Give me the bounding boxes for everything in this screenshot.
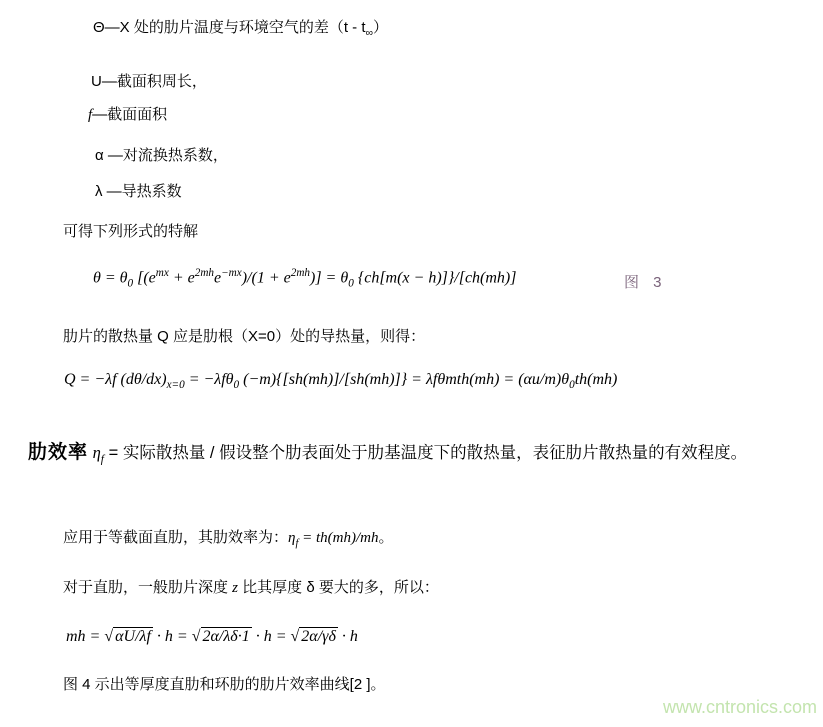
para-special-solution: 可得下列形式的特解	[63, 220, 198, 241]
formula-q: Q = −λf (dθ/dx)x=0 = −λfθ0 (−m){[sh(mh)]…	[64, 371, 617, 391]
para-straight-fin-efficiency: 应用于等截面直肋，其肋效率为：ηf = th(mh)/mh。	[63, 526, 394, 549]
formula-theta-solution: θ = θ0 [(emx + e2mhe−mx)/(1 + e2mh)] = θ…	[93, 267, 516, 290]
definition-theta: Θ—X 处的肋片温度与环境空气的差（t - t∞）	[93, 16, 388, 39]
para-heat-q: 肋片的散热量 Q 应是肋根（X=0）处的导热量，则得：	[63, 325, 425, 346]
para-figure4: 图 4 示出等厚度直肋和环肋的肋片效率曲线[2 ]。	[63, 673, 386, 694]
definition-lambda: λ —导热系数	[95, 180, 182, 201]
watermark-cntronics: www.cntronics.com	[663, 697, 817, 718]
definition-alpha: α —对流换热系数，	[95, 144, 228, 165]
figure3-label: 图 3	[624, 271, 667, 292]
para-straight-fin-depth: 对于直肋，一般肋片深度 z 比其厚度 δ 要大的多，所以：	[63, 576, 439, 597]
document-page: Θ—X 处的肋片温度与环境空气的差（t - t∞） U—截面积周长， f—截面面…	[0, 0, 823, 727]
formula-mh: mh = √αU/λf · h = √2α/λδ·1 · h = √2α/γδ …	[66, 628, 358, 646]
definition-f: f—截面面积	[88, 103, 167, 124]
definition-u: U—截面积周长，	[91, 70, 207, 91]
heading-fin-efficiency: 肋效率 ηf = 实际散热量 / 假设整个肋表面处于肋基温度下的散热量，表征肋片…	[28, 433, 800, 479]
